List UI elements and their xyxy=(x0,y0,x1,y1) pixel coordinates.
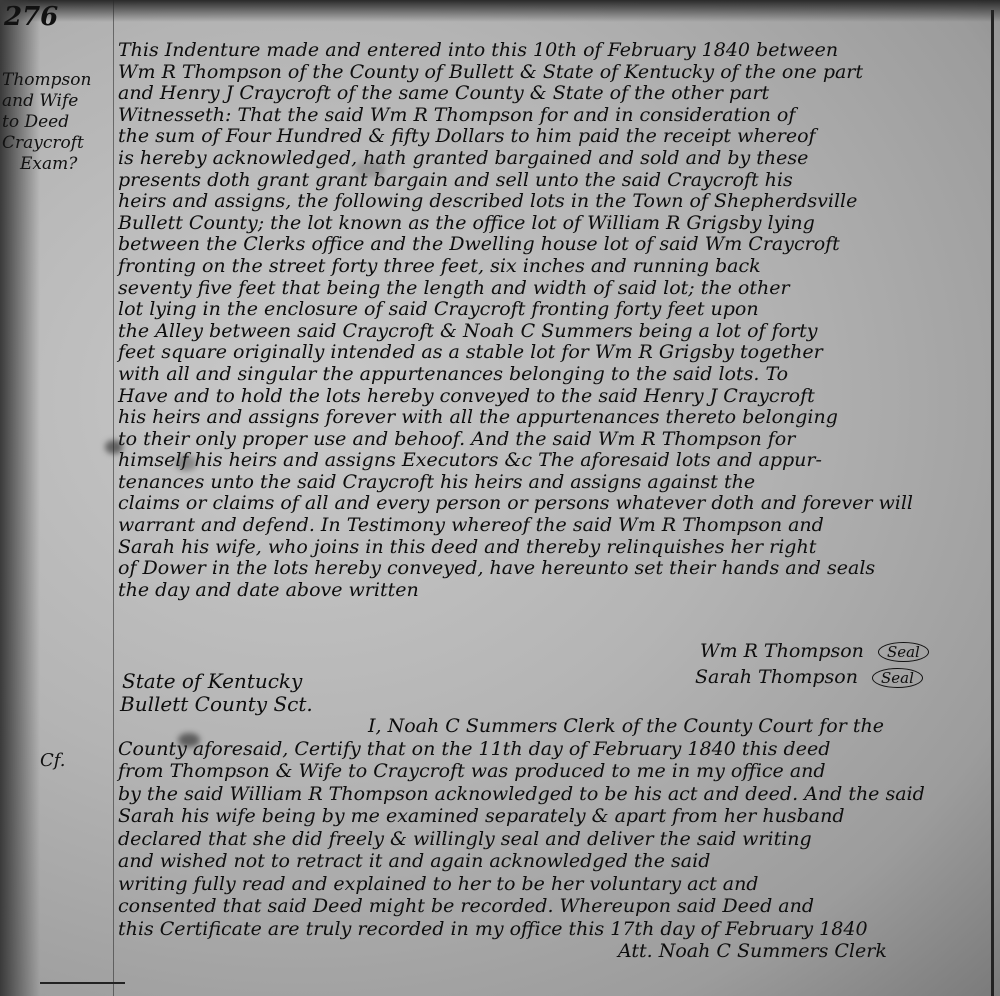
deed-line: fronting on the street forty three feet,… xyxy=(118,256,988,278)
deed-line: tenances unto the said Craycroft his hei… xyxy=(118,472,988,494)
cert-heading: State of Kentucky xyxy=(118,670,988,693)
margin-note-line: and Wife xyxy=(2,91,110,112)
cert-line: Sarah his wife being by me examined sepa… xyxy=(118,805,988,828)
cert-line: I, Noah C Summers Clerk of the County Co… xyxy=(118,715,988,738)
clerk-certificate: State of Kentucky Bullett County Sct. I,… xyxy=(118,670,988,963)
margin-note-line: Exam? xyxy=(2,154,110,175)
deed-line: is hereby acknowledged, hath granted bar… xyxy=(118,148,988,170)
margin-note: Thompson and Wife to Deed Craycroft Exam… xyxy=(2,70,110,175)
deed-line: the Alley between said Craycroft & Noah … xyxy=(118,321,988,343)
margin-rule xyxy=(113,0,114,996)
deed-line: the day and date above written xyxy=(118,580,988,602)
deed-book-page: 276 Thompson and Wife to Deed Craycroft … xyxy=(0,0,1000,996)
deed-line: warrant and defend. In Testimony whereof… xyxy=(118,515,988,537)
margin-note-line: to Deed xyxy=(2,112,110,133)
deed-line: claims or claims of all and every person… xyxy=(118,493,988,515)
cert-clerk-signature: Att. Noah C Summers Clerk xyxy=(118,940,988,963)
deed-line: the sum of Four Hundred & fifty Dollars … xyxy=(118,126,988,148)
deed-line: Witnesseth: That the said Wm R Thompson … xyxy=(118,105,988,127)
margin-note-line: Thompson xyxy=(2,70,110,91)
deed-line: seventy five feet that being the length … xyxy=(118,278,988,300)
deed-line: This Indenture made and entered into thi… xyxy=(118,40,988,62)
page-number: 276 xyxy=(4,2,58,32)
cert-line: by the said William R Thompson acknowled… xyxy=(118,783,988,806)
deed-line: Wm R Thompson of the County of Bullett &… xyxy=(118,62,988,84)
seal-icon: Seal xyxy=(878,642,929,662)
page-right-edge xyxy=(991,10,994,996)
cert-line: County aforesaid, Certify that on the 11… xyxy=(118,738,988,761)
deed-line: his heirs and assigns forever with all t… xyxy=(118,407,988,429)
margin-note-cert: Cf. xyxy=(40,750,66,771)
bottom-rule xyxy=(40,982,125,984)
deed-line: presents doth grant grant bargain and se… xyxy=(118,170,988,192)
cert-line: writing fully read and explained to her … xyxy=(118,873,988,896)
deed-line: Have and to hold the lots hereby conveye… xyxy=(118,386,988,408)
deed-line: lot lying in the enclosure of said Crayc… xyxy=(118,299,988,321)
deed-text: This Indenture made and entered into thi… xyxy=(118,40,988,601)
deed-line: Sarah his wife, who joins in this deed a… xyxy=(118,537,988,559)
margin-note-line: Craycroft xyxy=(2,133,110,154)
deed-line: himself his heirs and assigns Executors … xyxy=(118,450,988,472)
cert-line: from Thompson & Wife to Craycroft was pr… xyxy=(118,760,988,783)
signature-name: Wm R Thompson xyxy=(700,640,864,662)
cert-line: declared that she did freely & willingly… xyxy=(118,828,988,851)
deed-line: between the Clerks office and the Dwelli… xyxy=(118,234,988,256)
cert-line: and wished not to retract it and again a… xyxy=(118,850,988,873)
deed-line: heirs and assigns, the following describ… xyxy=(118,191,988,213)
deed-line: and Henry J Craycroft of the same County… xyxy=(118,83,988,105)
deed-line: Bullett County; the lot known as the off… xyxy=(118,213,988,235)
deed-line: feet square originally intended as a sta… xyxy=(118,342,988,364)
deed-line: with all and singular the appurtenances … xyxy=(118,364,988,386)
cert-line: this Certificate are truly recorded in m… xyxy=(118,918,988,941)
page-top-shadow xyxy=(0,0,1000,22)
deed-line: of Dower in the lots hereby conveyed, ha… xyxy=(118,558,988,580)
deed-line: to their only proper use and behoof. And… xyxy=(118,429,988,451)
signature-grantor: Wm R Thompson Seal xyxy=(700,640,929,662)
cert-line: consented that said Deed might be record… xyxy=(118,895,988,918)
cert-heading: Bullett County Sct. xyxy=(118,693,988,716)
